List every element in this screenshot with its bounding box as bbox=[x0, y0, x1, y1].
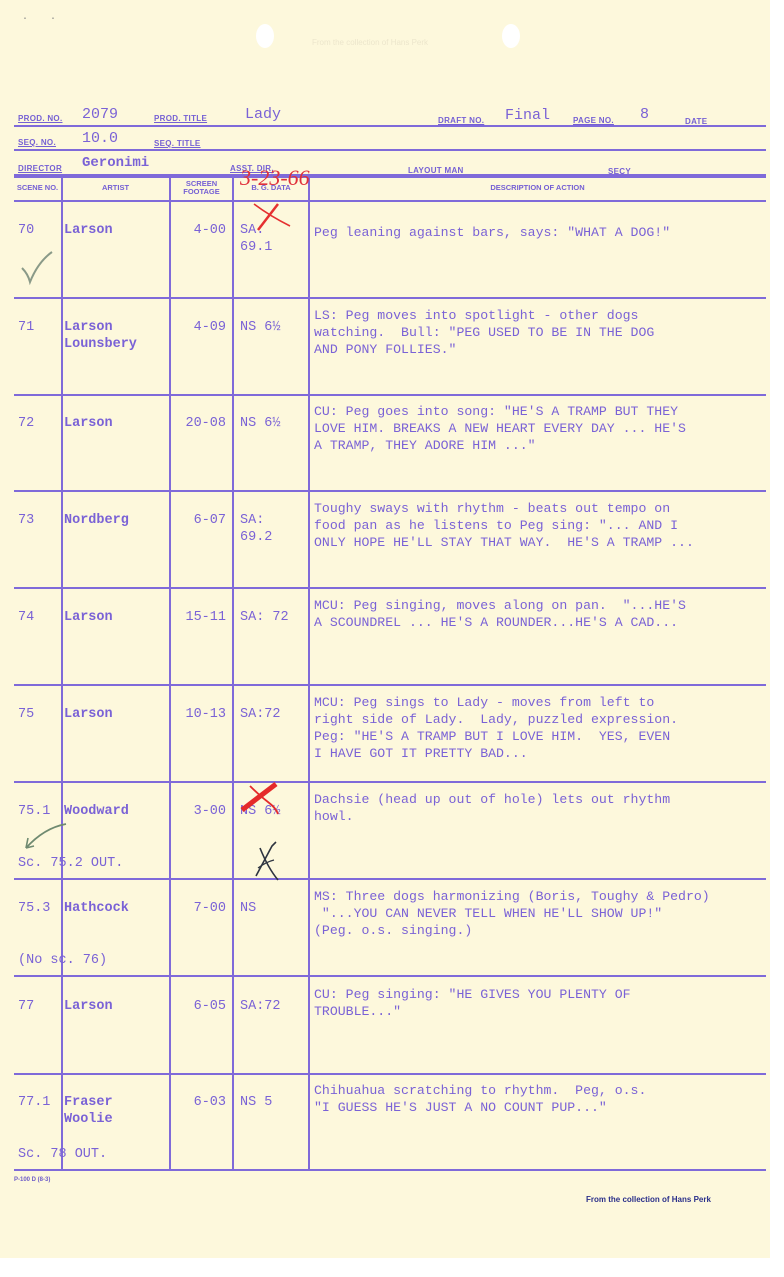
screen-footage: 3-00 bbox=[194, 803, 226, 820]
column-header-artist: ARTIST bbox=[61, 176, 170, 200]
artist-name: Larson bbox=[64, 998, 113, 1015]
table-row-divider bbox=[14, 394, 766, 396]
description-of-action: CU: Peg goes into song: "HE'S A TRAMP BU… bbox=[314, 403, 686, 454]
director-label: Director bbox=[18, 164, 62, 173]
table-row-divider bbox=[14, 684, 766, 686]
table-row-divider bbox=[14, 781, 766, 783]
artist-name: Larson bbox=[64, 706, 113, 723]
column-divider bbox=[61, 176, 63, 1171]
column-header-description: DESCRIPTION OF ACTION bbox=[309, 176, 766, 200]
table-row-divider bbox=[14, 975, 766, 977]
checkmark-icon bbox=[16, 246, 56, 286]
black-x-icon bbox=[250, 838, 290, 884]
screen-footage: 20-08 bbox=[185, 415, 226, 432]
page-no-value: 8 bbox=[640, 106, 649, 123]
artist-name: Fraser Woolie bbox=[64, 1094, 113, 1128]
description-of-action: MS: Three dogs harmonizing (Boris, Tough… bbox=[314, 888, 710, 939]
scene-number: 74 bbox=[18, 609, 34, 626]
screen-footage: 6-03 bbox=[194, 1094, 226, 1111]
header-rule bbox=[14, 125, 766, 127]
description-of-action: Chihuahua scratching to rhythm. Peg, o.s… bbox=[314, 1082, 646, 1116]
screen-footage: 7-00 bbox=[194, 900, 226, 917]
page-no-label: Page No. bbox=[573, 116, 614, 125]
artist-name: Woodward bbox=[64, 803, 129, 820]
table-row-divider bbox=[14, 587, 766, 589]
scene-number: 70 bbox=[18, 222, 34, 239]
screen-footage: 4-00 bbox=[194, 222, 226, 239]
bg-data: SA:72 bbox=[240, 706, 281, 723]
director-value: Geronimi bbox=[82, 155, 149, 171]
red-x-icon bbox=[238, 780, 288, 820]
table-rule bbox=[14, 200, 766, 202]
scene-note: Sc. 75.2 OUT. bbox=[18, 855, 123, 872]
screen-footage: 6-05 bbox=[194, 998, 226, 1015]
screen-footage: 10-13 bbox=[185, 706, 226, 723]
collection-credit: From the collection of Hans Perk bbox=[586, 1195, 711, 1204]
table-row-divider bbox=[14, 490, 766, 492]
scene-number: 71 bbox=[18, 319, 34, 336]
column-header-footage: SCREEN FOOTAGE bbox=[170, 176, 233, 200]
prod-no-value: 2079 bbox=[82, 106, 118, 123]
table-row-divider bbox=[14, 1169, 766, 1171]
prod-no-label: Prod. No. bbox=[18, 114, 62, 123]
column-header-scene: SCENE NO. bbox=[14, 176, 61, 200]
description-of-action: MCU: Peg singing, moves along on pan. ".… bbox=[314, 597, 686, 631]
description-of-action: LS: Peg moves into spotlight - other dog… bbox=[314, 307, 654, 358]
prod-title-value: Lady bbox=[245, 106, 281, 123]
punch-hole bbox=[502, 24, 520, 48]
exposure-sheet-page: From the collection of Hans Perk · · Pro… bbox=[0, 0, 770, 1258]
screen-footage: 4-09 bbox=[194, 319, 226, 336]
scene-number: 73 bbox=[18, 512, 34, 529]
paper-specks: · · bbox=[22, 14, 64, 25]
scene-number: 77 bbox=[18, 998, 34, 1015]
bg-data: SA: 69.2 bbox=[240, 512, 272, 546]
draft-no-label: Draft No. bbox=[438, 116, 484, 125]
scene-note: (No sc. 76) bbox=[18, 952, 107, 969]
handwritten-date: 3-23-66 bbox=[236, 163, 332, 193]
form-code: P-100 D (8-3) bbox=[14, 1177, 50, 1183]
red-x-icon bbox=[250, 200, 300, 240]
table-row-divider bbox=[14, 1073, 766, 1075]
seq-no-label: Seq. No. bbox=[18, 138, 56, 147]
screen-footage: 6-07 bbox=[194, 512, 226, 529]
bg-data: SA: 72 bbox=[240, 609, 289, 626]
scene-number: 75.3 bbox=[18, 900, 50, 917]
handwritten-date-text: 3-23-66 bbox=[239, 165, 310, 190]
punch-hole bbox=[256, 24, 274, 48]
arrow-icon bbox=[20, 818, 70, 854]
bg-data: SA:72 bbox=[240, 998, 281, 1015]
description-of-action: Toughy sways with rhythm - beats out tem… bbox=[314, 500, 694, 551]
bg-data: NS bbox=[240, 900, 256, 917]
column-divider bbox=[308, 176, 310, 1171]
column-divider bbox=[169, 176, 171, 1171]
watermark: From the collection of Hans Perk bbox=[312, 38, 428, 47]
artist-name: Larson bbox=[64, 609, 113, 626]
screen-footage: 15-11 bbox=[185, 609, 226, 626]
description-of-action: Dachsie (head up out of hole) lets out r… bbox=[314, 791, 670, 825]
column-divider bbox=[232, 176, 234, 1171]
description-of-action: CU: Peg singing: "HE GIVES YOU PLENTY OF… bbox=[314, 986, 631, 1020]
artist-name: Hathcock bbox=[64, 900, 129, 917]
header-rule bbox=[14, 149, 766, 151]
description-of-action: Peg leaning against bars, says: "WHAT A … bbox=[314, 224, 670, 241]
bg-data: NS 5 bbox=[240, 1094, 272, 1111]
artist-name: Larson bbox=[64, 415, 113, 432]
artist-name: Nordberg bbox=[64, 512, 129, 529]
artist-name: Larson Lounsbery bbox=[64, 319, 137, 353]
scene-number: 72 bbox=[18, 415, 34, 432]
seq-title-label: Seq. Title bbox=[154, 139, 201, 148]
seq-no-value: 10.0 bbox=[82, 130, 118, 147]
scene-number: 77.1 bbox=[18, 1094, 50, 1111]
scene-note: Sc. 78 OUT. bbox=[18, 1146, 107, 1163]
bg-data: NS 6½ bbox=[240, 319, 281, 336]
bg-data: NS 6½ bbox=[240, 415, 281, 432]
draft-no-value: Final bbox=[505, 107, 550, 124]
artist-name: Larson bbox=[64, 222, 113, 239]
description-of-action: MCU: Peg sings to Lady - moves from left… bbox=[314, 694, 678, 762]
table-row-divider bbox=[14, 878, 766, 880]
scene-number: 75 bbox=[18, 706, 34, 723]
table-row-divider bbox=[14, 297, 766, 299]
prod-title-label: Prod. Title bbox=[154, 114, 207, 123]
